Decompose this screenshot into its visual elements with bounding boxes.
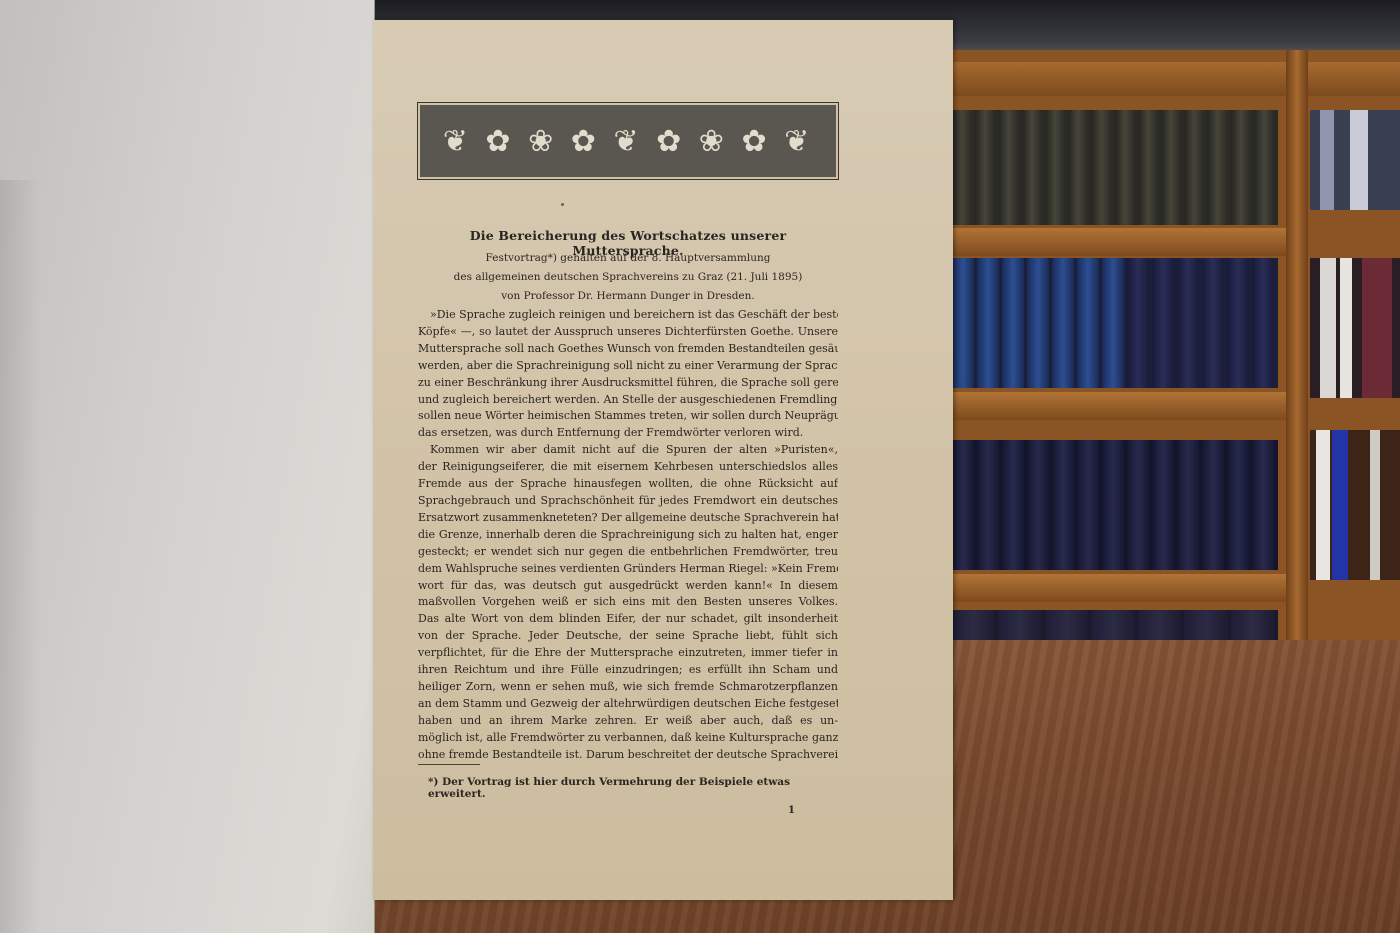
body-line: Das alte Wort von dem blinden Eifer, der…: [418, 611, 838, 628]
body-line: ihren Reichtum und ihre Fülle einzudring…: [418, 662, 838, 679]
body-line: heiliger Zorn, wenn er sehen muß, wie si…: [418, 679, 838, 696]
page-number: 1: [788, 805, 795, 816]
shelf-post: [1286, 50, 1308, 670]
shelf-board: [940, 574, 1290, 602]
body-line: wort für das, was deutsch gut ausgedrück…: [418, 578, 838, 595]
article-body: »Die Sprache zugleich reinigen und berei…: [418, 307, 838, 763]
body-line: ohne fremde Bestandteile ist. Darum besc…: [418, 747, 838, 764]
body-line: von der Sprache. Jeder Deutsche, der sei…: [418, 628, 838, 645]
subtitle-line: des allgemeinen deutschen Sprachvereins …: [418, 268, 838, 287]
body-line: die Grenze, innerhalb deren die Sprachre…: [418, 527, 838, 544]
ink-speck: [561, 203, 564, 206]
bookshelf-top-frame: [940, 62, 1400, 96]
footnote-divider: [418, 764, 480, 765]
body-line: gesteckt; er wendet sich nur gegen die e…: [418, 544, 838, 561]
body-line: und zugleich bereichert werden. An Stell…: [418, 392, 838, 409]
body-line: Kommen wir aber damit nicht auf die Spur…: [418, 442, 838, 459]
body-line: »Die Sprache zugleich reinigen und berei…: [418, 307, 838, 324]
side-shelf-books: [1310, 110, 1400, 210]
body-line: das ersetzen, was durch Entfernung der F…: [418, 425, 838, 442]
body-line: Muttersprache soll nach Goethes Wunsch v…: [418, 341, 838, 358]
subtitle-line: Festvortrag*) gehalten auf der 8. Hauptv…: [418, 249, 838, 268]
body-line: Ersatzwort zusammenkneteten? Der allgeme…: [418, 510, 838, 527]
footnote: *) Der Vortrag ist hier durch Vermehrung…: [428, 776, 848, 800]
body-line: Fremde aus der Sprache hinausfegen wollt…: [418, 476, 838, 493]
body-line: werden, aber die Sprachreinigung soll ni…: [418, 358, 838, 375]
shelf-board: [940, 392, 1290, 420]
subtitle-line: von Professor Dr. Hermann Dunger in Dres…: [418, 287, 838, 306]
body-line: sollen neue Wörter heimischen Stammes tr…: [418, 408, 838, 425]
left-blank-page: [0, 0, 375, 933]
shelf-board: [940, 228, 1290, 256]
body-line: dem Wahlspruche seines verdienten Gründe…: [418, 561, 838, 578]
floral-ornament-icon: ❦ ✿ ❀ ✿ ❦ ✿ ❀ ✿ ❦: [417, 102, 839, 180]
shelf-row-navy-volumes: [948, 440, 1278, 570]
body-line: haben und an ihrem Marke zehren. Er weiß…: [418, 713, 838, 730]
body-line: maßvollen Vorgehen weiß er sich eins mit…: [418, 594, 838, 611]
printed-page: ❦ ✿ ❀ ✿ ❦ ✿ ❀ ✿ ❦ Die Bereicherung des W…: [373, 20, 953, 900]
shelf-row-blue-volumes: [948, 258, 1278, 388]
body-line: an dem Stamm und Gezweig der altehrwürdi…: [418, 696, 838, 713]
side-shelf-books: [1310, 430, 1400, 580]
ornament-pattern: ❦ ✿ ❀ ✿ ❦ ✿ ❀ ✿ ❦: [420, 105, 836, 177]
article-subtitle: Festvortrag*) gehalten auf der 8. Hauptv…: [418, 249, 838, 306]
photo-scene: ❦ ✿ ❀ ✿ ❦ ✿ ❀ ✿ ❦ Die Bereicherung des W…: [0, 0, 1400, 933]
shelf-row-dark-volumes: [948, 110, 1278, 225]
side-shelf-books: [1310, 258, 1400, 398]
body-line: zu einer Beschränkung ihrer Ausdrucksmit…: [418, 375, 838, 392]
body-line: Köpfe« —, so lautet der Ausspruch unsere…: [418, 324, 838, 341]
body-line: der Reinigungseiferer, die mit eisernem …: [418, 459, 838, 476]
body-line: verpflichtet, für die Ehre der Mutterspr…: [418, 645, 838, 662]
body-line: möglich ist, alle Fremdwörter zu verbann…: [418, 730, 838, 747]
body-line: Sprachgebrauch und Sprachschönheit für j…: [418, 493, 838, 510]
